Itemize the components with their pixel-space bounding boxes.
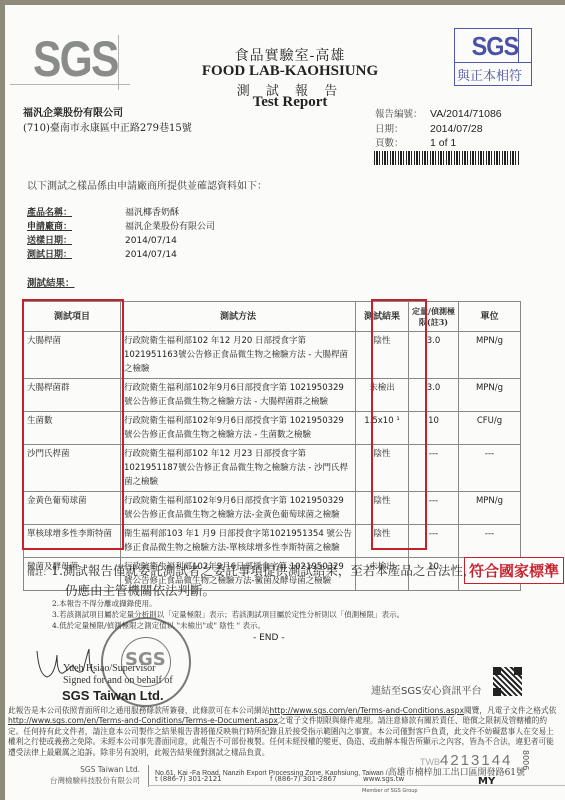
- results-title: 測試結果：: [27, 275, 75, 289]
- compliance-badge: 符合國家標準: [464, 557, 564, 584]
- test-report-page: SGS 食品實驗室-高雄 FOOD LAB-KAOHSIUNG 測 試 報 告 …: [5, 5, 565, 800]
- report-date: 日期：2014/07/28: [375, 121, 483, 135]
- stamp-logo: SGS: [472, 31, 519, 62]
- sample-info-tested: 測試日期：2014/07/14: [27, 247, 177, 260]
- highlight-test-items: [22, 299, 124, 550]
- client-name: 福汎企業股份有限公司: [23, 104, 123, 119]
- terms-link[interactable]: http://www.sgs.com/en/Terms-and-Conditio…: [269, 706, 464, 715]
- test-method-cell: 行政院衛生福利部102 年12 月23 日部授食字第1021951187號公告修…: [121, 445, 356, 492]
- e-document-terms-link[interactable]: http://www.sgs.com/en/Terms-and-Conditio…: [8, 716, 278, 725]
- sample-info-applicant: 申請廠商：福汎企業股份有限公司: [27, 219, 215, 232]
- report-number: 報告編號：VA/2014/71086: [375, 106, 502, 120]
- platform-link[interactable]: 連結至SGS安心資訊平台: [371, 682, 481, 697]
- logo-rule-vertical: [118, 35, 119, 90]
- col-unit: 單位: [459, 302, 521, 332]
- signed-on-behalf: Signed for and on behalf of: [63, 675, 173, 686]
- footer-company-en: SGS Taiwan Ltd.: [55, 765, 140, 774]
- signer-company: SGS Taiwan Ltd.: [62, 688, 164, 703]
- signer-name: Yueh Hsiao/Supervisor: [63, 663, 156, 674]
- footer-fax: f (886-7) 301-2867: [270, 775, 336, 783]
- footer-telephone: t (886-7) 301-2121: [155, 775, 222, 783]
- sgs-logo: SGS: [33, 34, 118, 84]
- footer-website[interactable]: www.sgs.tw: [363, 775, 404, 783]
- test-method-cell: 行政院衛生福利部102年9月6日部授食字第 1021950329號公告修正食品微…: [121, 492, 356, 525]
- certified-copy-stamp: SGS 與正本相符: [454, 28, 532, 86]
- unit-cell: ---: [459, 445, 521, 492]
- note-1: 備註：1.測試報告僅就委託測試者之委託事項提供測試結果，至若本產品之合法性，: [27, 561, 475, 579]
- client-address: (710)臺南市永康區中正路279巷15號: [23, 119, 192, 134]
- report-pages: 頁數：1 of 1: [375, 135, 456, 149]
- note-1-continued: 仍應由主管機關依法判斷。: [65, 581, 215, 599]
- note-2: 2.本報告不得分離或擷錄使用。: [52, 598, 157, 609]
- col-test-method: 測試方法: [121, 302, 356, 332]
- test-method-cell: 行政院衛生福利部102年9月6日部授食字第 1021950329號公告修正食品微…: [121, 412, 356, 445]
- unit-cell: ---: [459, 525, 521, 558]
- footer-initials: MY: [478, 776, 495, 787]
- unit-cell: MPN/g: [459, 379, 521, 412]
- unit-cell: MPN/g: [459, 492, 521, 525]
- intro-text: 以下測試之樣品係由申請廠商所提供並確認資料如下：: [27, 177, 267, 192]
- test-method-cell: 衛生福利部103 年1 月9 日部授食字第1021951354 號公告修正食品微…: [121, 525, 356, 558]
- end-marker: - END -: [253, 633, 285, 643]
- unit-cell: MPN/g: [459, 332, 521, 379]
- test-method-cell: 行政院衛生福利部102 年12 月20 日部授食字第1021951163號公告修…: [121, 332, 356, 379]
- test-method-cell: 行政院衛生福利部102年9月6日部授食字第 1021950329號公告修正食品微…: [121, 379, 356, 412]
- sample-info-product: 產品名稱：福汎椰香奶酥: [27, 205, 179, 218]
- stamp-text: 與正本相符: [457, 65, 522, 84]
- terms-text: 此報告是本公司依照背面所印之通用服務條款所簽發，此條款可在本公司網站http:/…: [8, 706, 560, 758]
- lab-name-en: FOOD LAB-KAOHSIUNG: [165, 63, 415, 80]
- note-3: 3.若該測試項目屬於定量分析則以「定量極限」表示；若該測試項目屬於定性分析則以「…: [52, 609, 404, 620]
- footer-company-zh: 台灣檢驗科技股份有限公司: [50, 775, 140, 786]
- sample-info-received: 送樣日期：2014/07/14: [27, 233, 177, 246]
- barcode: [374, 151, 519, 165]
- footer-member: Member of SGS Group: [362, 788, 418, 794]
- qr-code-icon[interactable]: [493, 667, 522, 696]
- highlight-test-results: [371, 299, 427, 550]
- unit-cell: CFU/g: [459, 412, 521, 445]
- lab-name-zh: 食品實驗室-高雄: [165, 45, 415, 65]
- logo-rule: [10, 84, 130, 85]
